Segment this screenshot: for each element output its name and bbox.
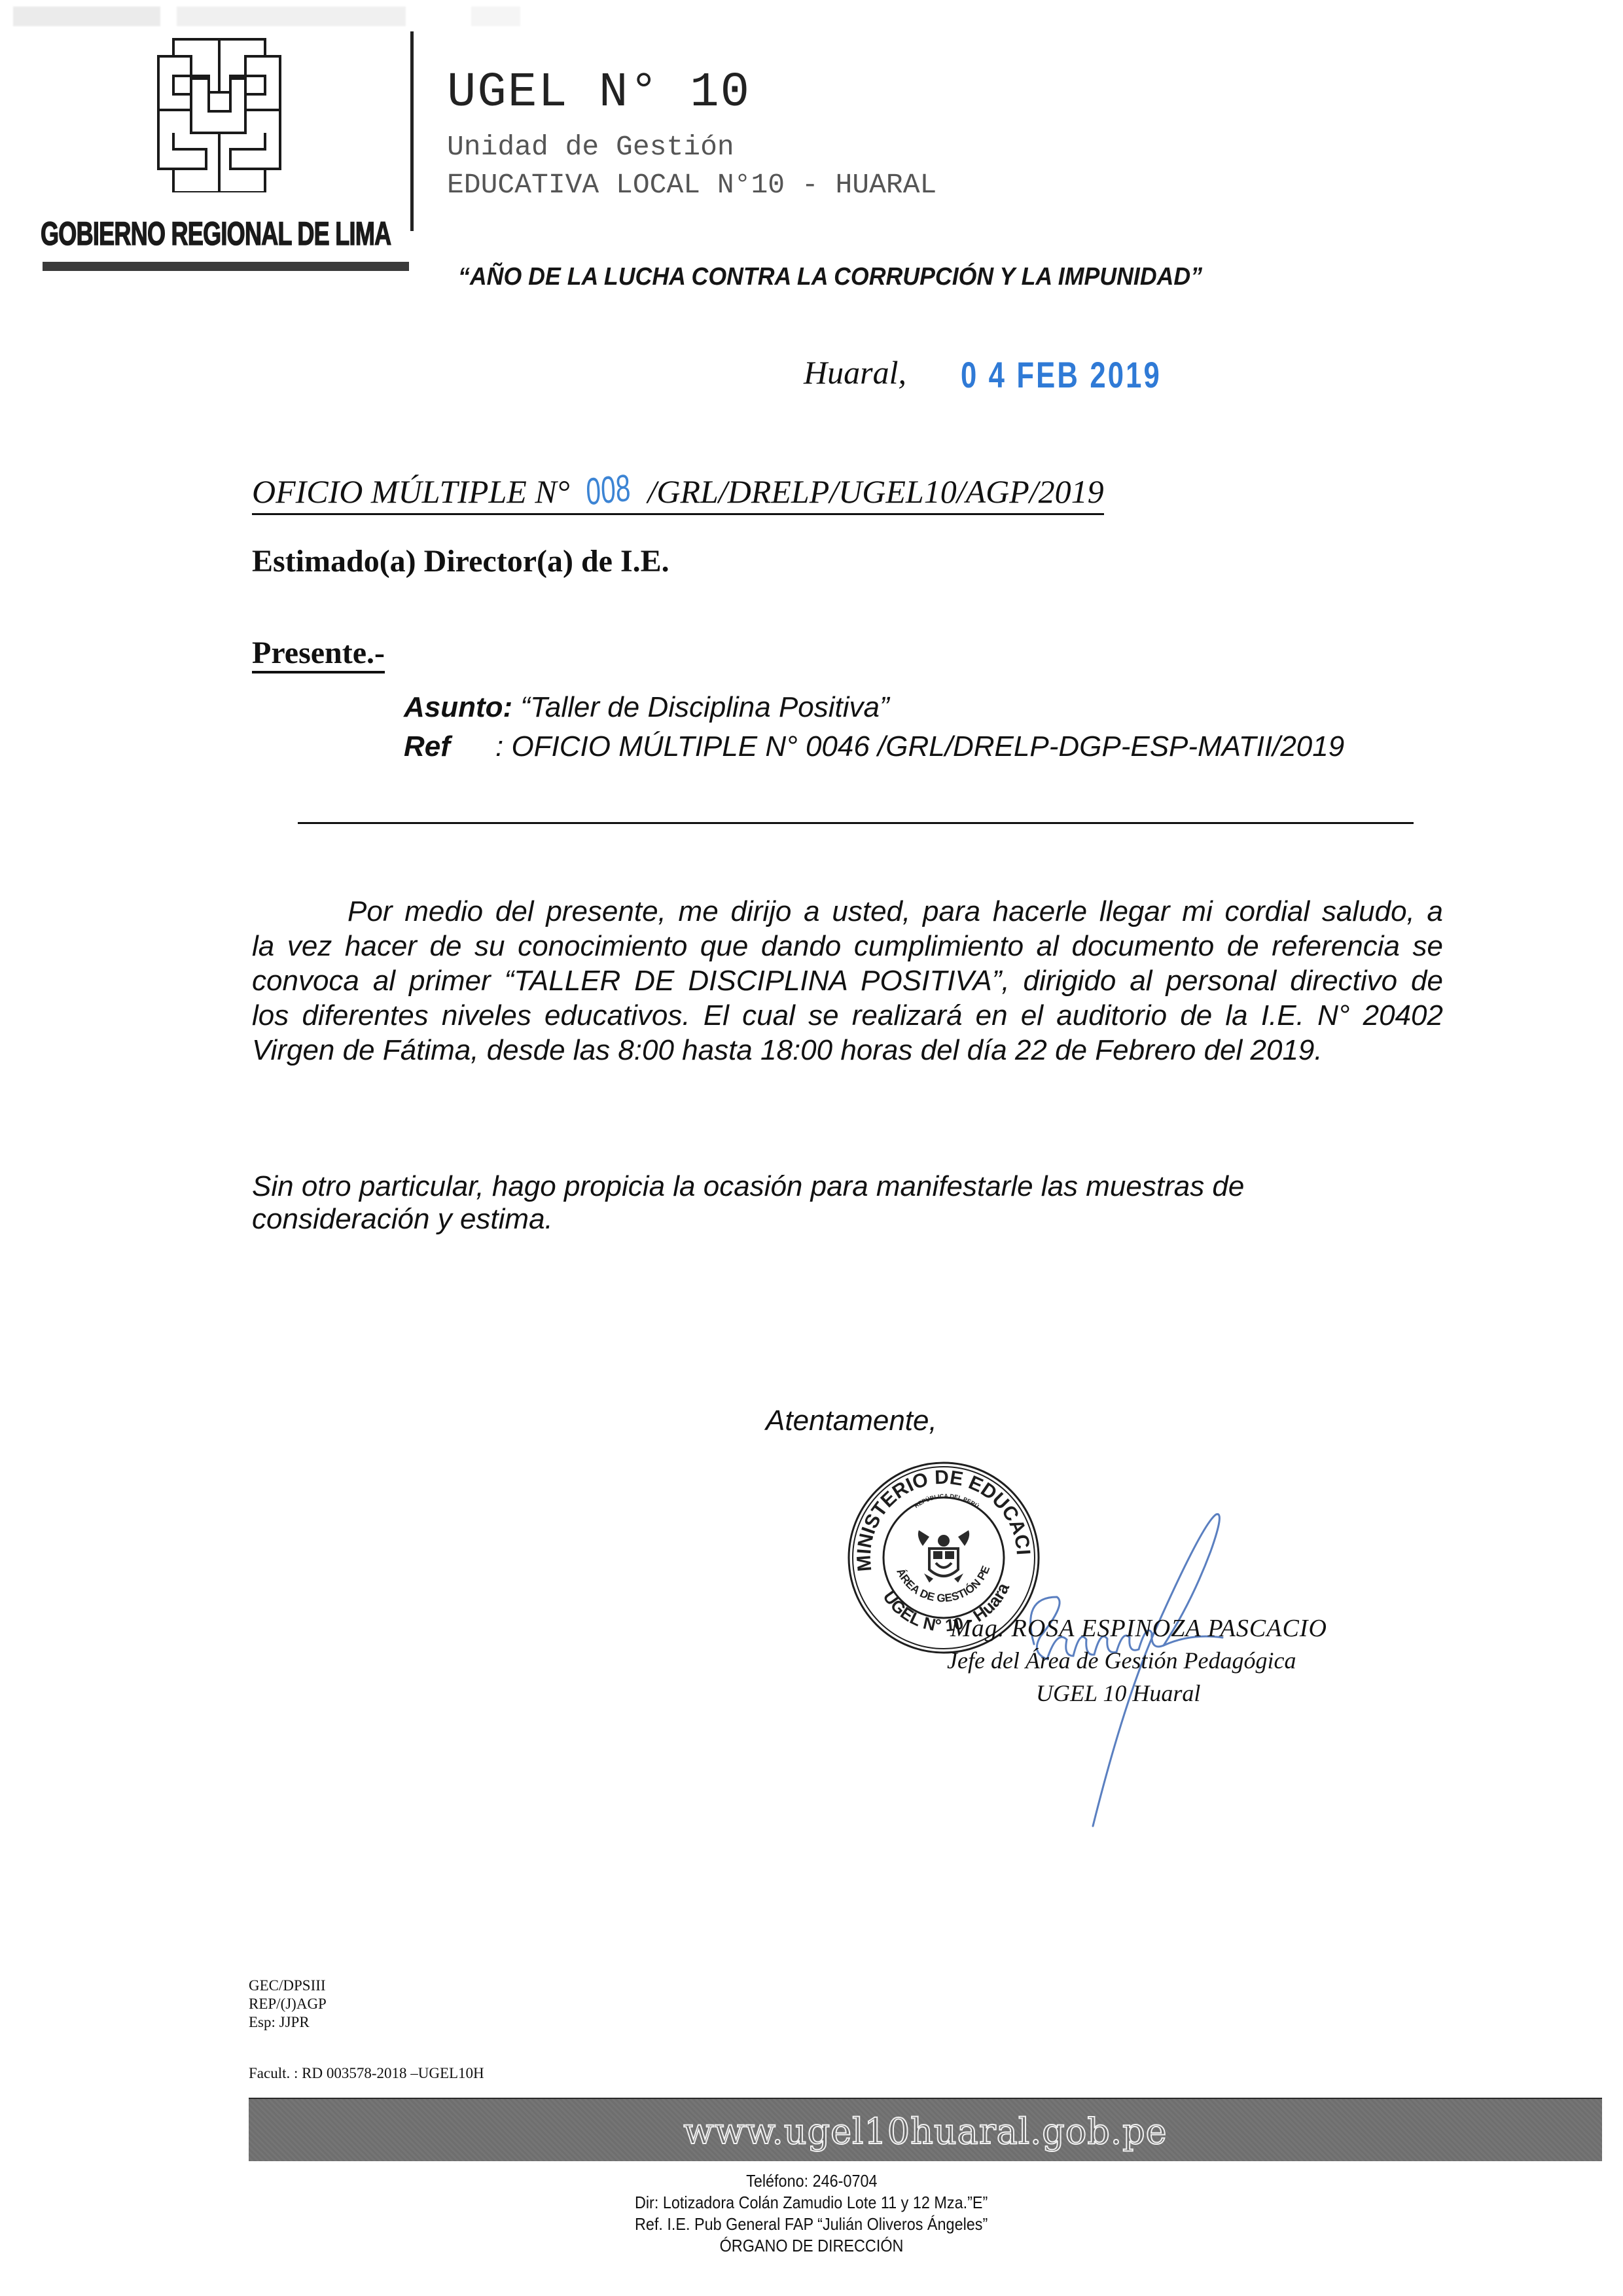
closing-line: Sin otro particular, hago propicia la oc… [252, 1170, 1325, 1203]
institution-subtitle-2: EDUCATIVA LOCAL N°10 - HUARAL [447, 169, 936, 201]
section-divider [298, 822, 1414, 824]
subject-value: “Taller de Disciplina Positiva” [520, 691, 889, 723]
body-line: Virgen de Fátima, desde las 8:00 hasta 1… [252, 1033, 1443, 1067]
signer-unit: UGEL 10 Huaral [1036, 1679, 1200, 1707]
government-name: GOBIERNO REGIONAL DE LIMA [41, 215, 304, 253]
government-underline-bar [43, 262, 409, 271]
body-line: convoca al primer “TALLER DE DISCIPLINA … [252, 963, 1443, 998]
initials-line: Esp: JJPR [249, 2013, 327, 2032]
date-stamp: 0 4 FEB 2019 [961, 353, 1162, 396]
contact-organ: ÓRGANO DE DIRECCIÓN [720, 2235, 904, 2257]
initials-line: GEC/DPSIII [249, 1977, 327, 1995]
contact-line: Ref. I.E. Pub General FAP “Julián Oliver… [0, 2214, 1623, 2235]
body-line: los diferentes niveles educativos. El cu… [252, 998, 1443, 1033]
sign-off: Atentamente, [766, 1405, 937, 1437]
contact-line: ÓRGANO DE DIRECCIÓN [0, 2235, 1623, 2257]
salutation: Estimado(a) Director(a) de I.E. [252, 543, 669, 579]
oficio-reference: OFICIO MÚLTIPLE N°008/GRL/DRELP/UGEL10/A… [252, 468, 1104, 515]
institution-title: UGEL N° 10 [447, 65, 751, 120]
website-url[interactable]: www.ugel10huaral.gob.pe [249, 2111, 1602, 2152]
scan-artifact [13, 7, 831, 26]
faculty-resolution: Facult. : RD 003578-2018 –UGEL10H [249, 2065, 484, 2082]
reference-line: Ref: OFICIO MÚLTIPLE N° 0046 /GRL/DRELP-… [404, 730, 1344, 763]
subject-label: Asunto: [404, 691, 512, 723]
contact-info: Teléfono: 246-0704 Dir: Lotizadora Colán… [0, 2170, 1623, 2257]
body-paragraph: Por medio del presente, me dirijo a uste… [252, 894, 1443, 1067]
signer-role: Jefe del Área de Gestión Pedagógica [947, 1647, 1296, 1674]
header-divider [410, 31, 414, 231]
document-initials: GEC/DPSIII REP/(J)AGP Esp: JJPR [249, 1977, 327, 2032]
subject-line: Asunto: “Taller de Disciplina Positiva” [404, 691, 889, 724]
date-place: Huaral, [804, 353, 906, 391]
oficio-number-handwritten: 008 [585, 466, 632, 514]
body-line: la vez hacer de su conocimiento que dand… [252, 929, 1443, 963]
coat-of-arms-icon [918, 1530, 969, 1583]
initials-line: REP/(J)AGP [249, 1995, 327, 2013]
oficio-prefix: OFICIO MÚLTIPLE N° [252, 473, 570, 510]
oficio-suffix: /GRL/DRELP/UGEL10/AGP/2019 [647, 473, 1103, 510]
contact-phone: Teléfono: 246-0704 [746, 2170, 877, 2192]
contact-address: Dir: Lotizadora Colán Zamudio Lote 11 y … [635, 2192, 988, 2214]
closing-line: consideración y estima. [252, 1203, 1325, 1236]
contact-line: Teléfono: 246-0704 [0, 2170, 1623, 2192]
contact-line: Dir: Lotizadora Colán Zamudio Lote 11 y … [0, 2192, 1623, 2214]
contact-reference: Ref. I.E. Pub General FAP “Julián Oliver… [635, 2214, 988, 2235]
stamp-center-text: REPÚBLICA DEL PERÚ [913, 1493, 980, 1510]
presente-heading: Presente.- [252, 635, 385, 673]
signer-name: Mag. ROSA ESPINOZA PASCACIO [950, 1614, 1327, 1643]
reference-value: : OFICIO MÚLTIPLE N° 0046 /GRL/DRELP-DGP… [495, 730, 1344, 762]
reference-label: Ref [404, 730, 495, 763]
closing-paragraph: Sin otro particular, hago propicia la oc… [252, 1170, 1325, 1236]
year-motto: “AÑO DE LA LUCHA CONTRA LA CORRUPCIÓN Y … [458, 263, 1202, 291]
institution-subtitle-1: Unidad de Gestión [447, 131, 734, 163]
svg-text:REPÚBLICA DEL PERÚ: REPÚBLICA DEL PERÚ [913, 1493, 980, 1510]
gobierno-regional-logo-icon [157, 38, 281, 192]
website-banner: www.ugel10huaral.gob.pe [249, 2098, 1602, 2161]
body-line: Por medio del presente, me dirijo a uste… [252, 894, 1443, 929]
